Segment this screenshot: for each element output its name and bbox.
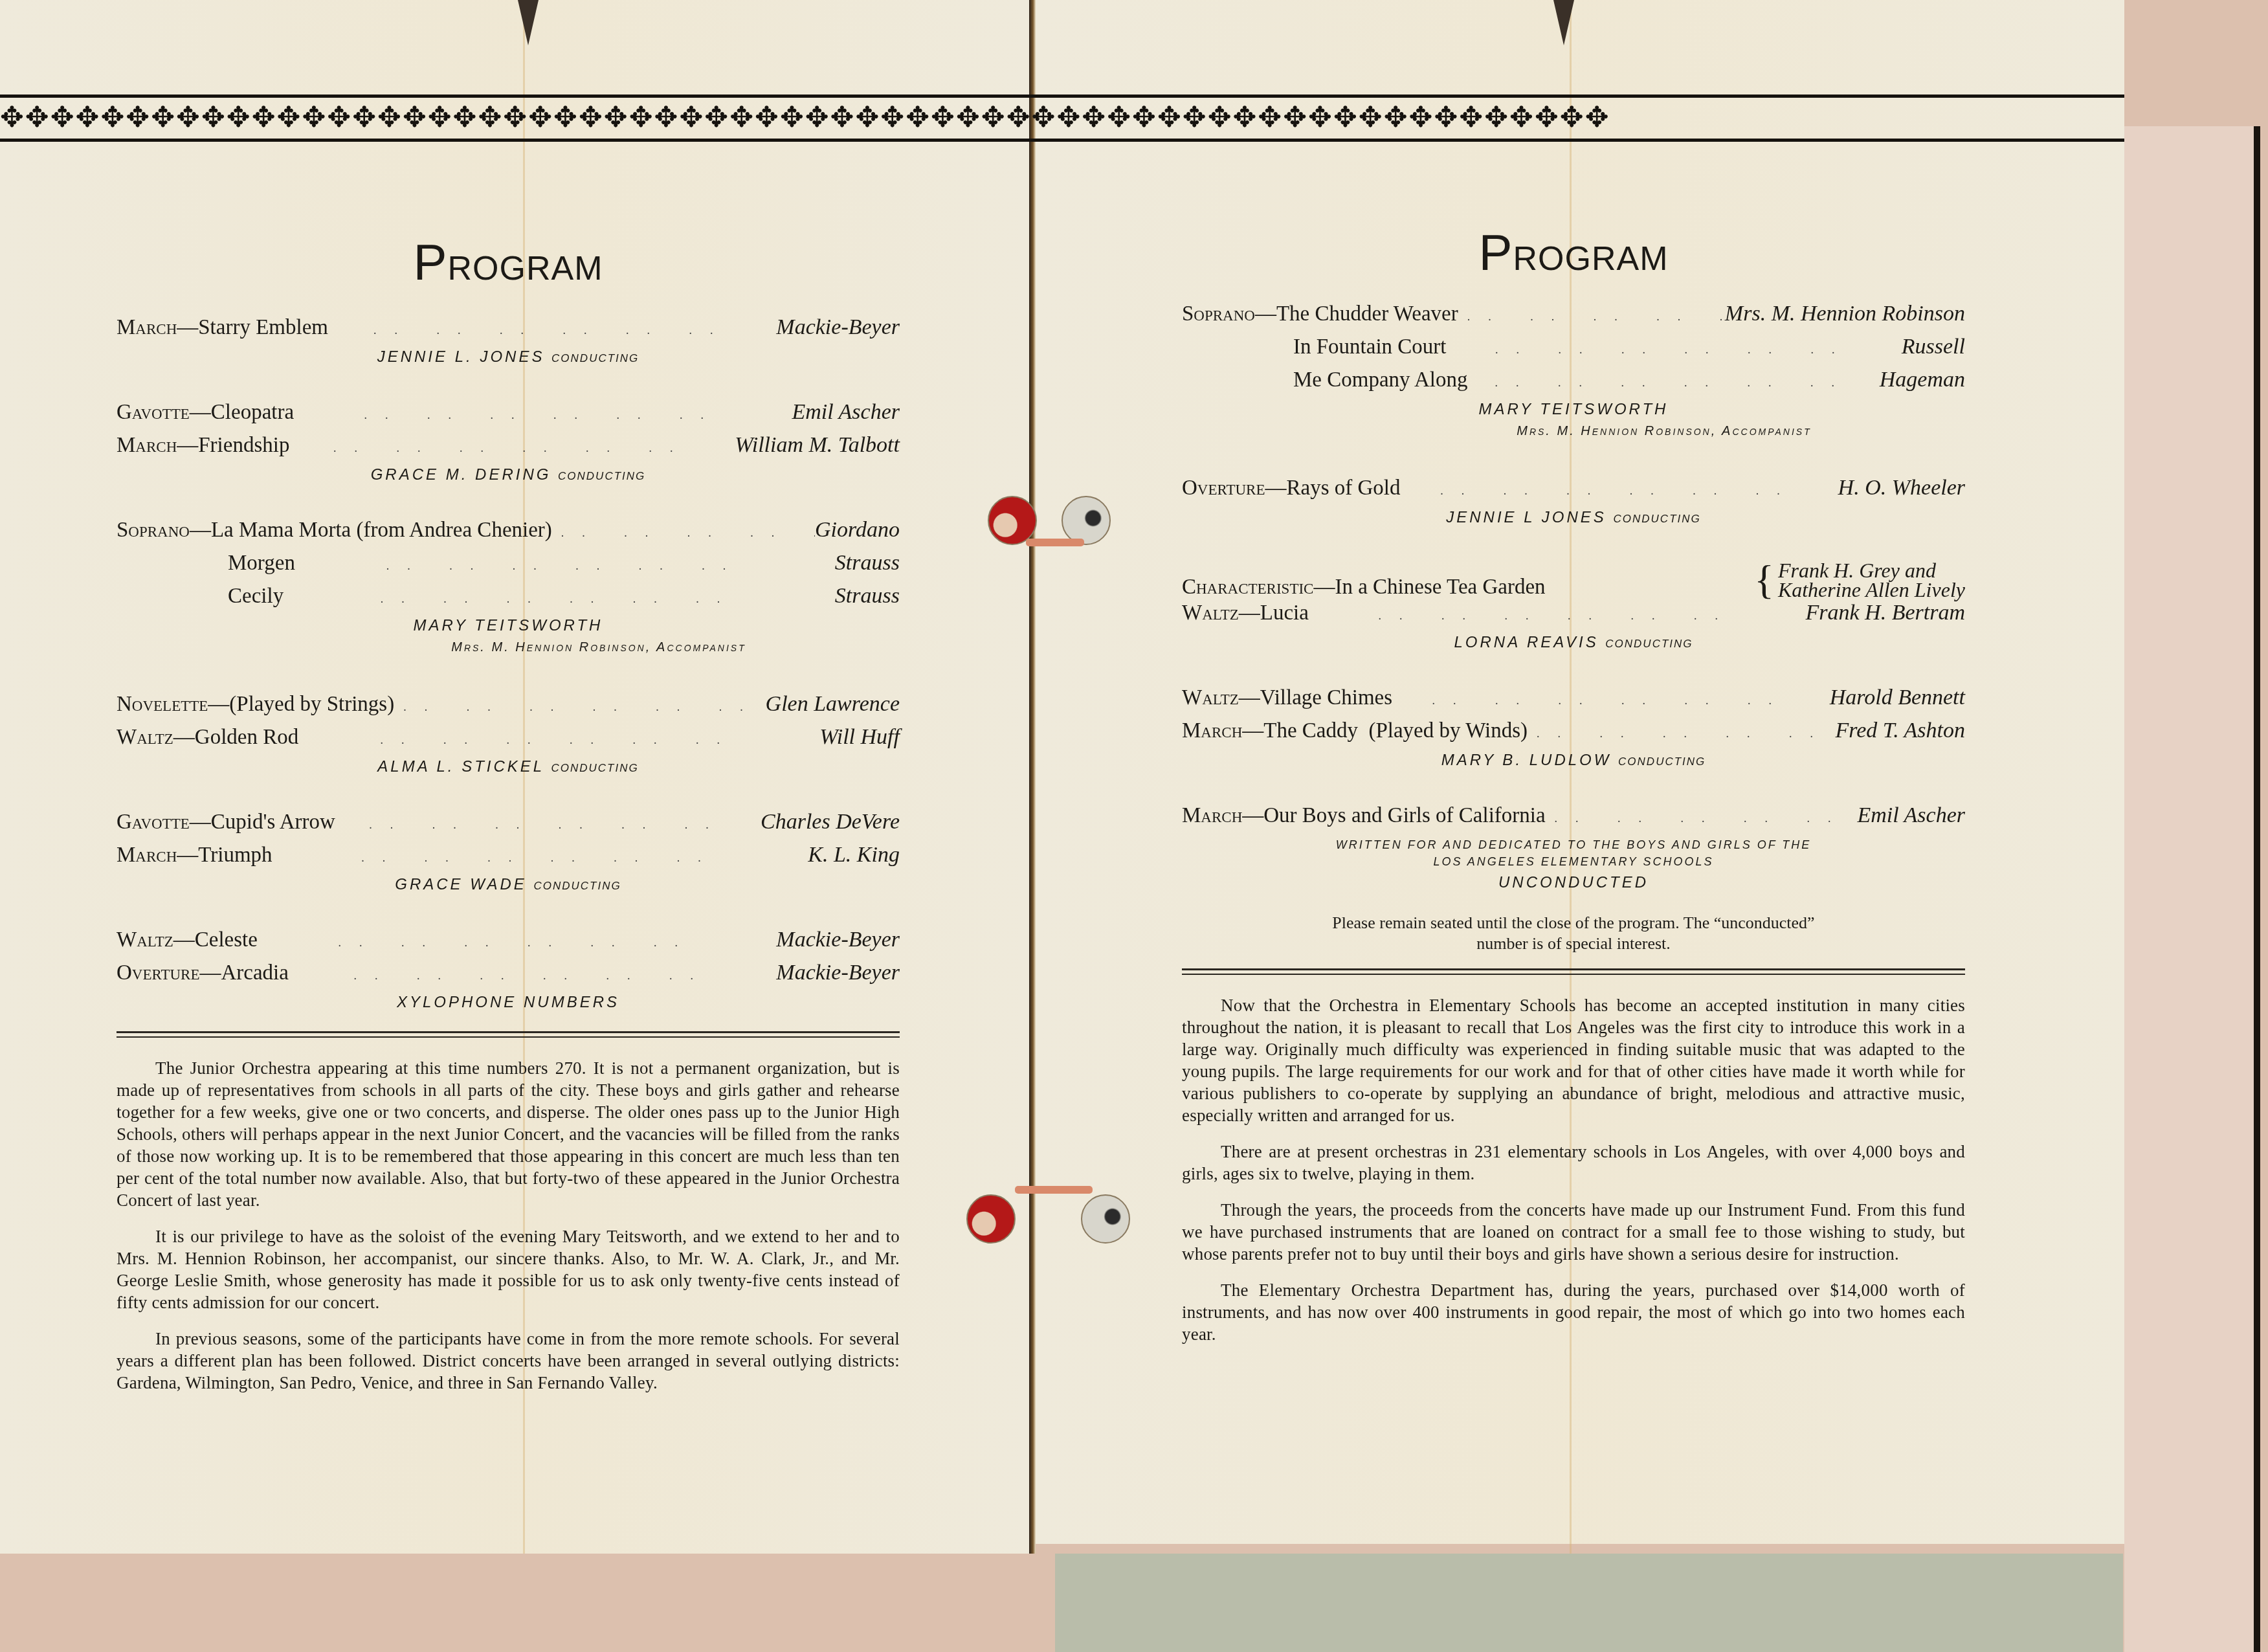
conductor-credit: ALMA L. STICKEL CONDUCTING [117,758,900,781]
program-entry: Waltz—Golden Rod .. .. .. .. .. .. Will … [117,725,900,758]
section-divider [1182,968,1965,975]
program-entry: In Fountain Court .. .. .. .. .. .. Russ… [1182,335,1965,368]
conductor-credit: GRACE M. DERING CONDUCTING [117,466,900,489]
seating-notice: Please remain seated until the close of … [1182,913,1965,954]
program-entry: March—Our Boys and Girls of California .… [1182,803,1965,836]
program-entry: Waltz—Village Chimes .. .. .. .. .. .. H… [1182,686,1965,719]
program-entry: March—Starry Emblem .. .. .. .. .. .. Ma… [117,315,900,348]
conductor-credit: JENNIE L JONES CONDUCTING [1182,509,1965,532]
brace-icon: { [1754,561,1774,599]
conductor-credit: JENNIE L. JONES CONDUCTING [117,348,900,372]
soloist-credit: MARY TEITSWORTH [1182,401,1965,424]
paragraph-instrument-fund: Through the years, the proceeds from the… [1182,1199,1965,1265]
border-rule-top [0,95,2124,98]
composer-brace-group: { Frank H. Grey and Katherine Allen Live… [1754,561,1965,599]
right-program: PROGRAM Soprano—The Chudder Weaver .. ..… [1182,223,1965,1359]
binding-hole-grey-bottom [1081,1194,1130,1244]
ornament-row-icon: ✥✥✥✥✥✥✥✥✥✥✥✥✥✥✥✥✥✥✥✥✥✥✥✥✥✥✥✥✥✥✥✥✥✥✥✥✥✥✥✥… [0,102,2124,134]
top-notch-right [1553,0,1574,45]
paragraph-department-purchases: The Elementary Orchestra Department has,… [1182,1279,1965,1345]
binding-hole-grey-top [1062,496,1111,545]
paragraph-junior-orchestra: The Junior Orchestra appearing at this t… [117,1057,900,1211]
program-entry: Overture—Arcadia .. .. .. .. .. .. Macki… [117,961,900,994]
program-entry: Soprano—La Mama Morta (from Andrea Cheni… [117,518,900,551]
right-program-title: PROGRAM [1182,223,1965,282]
program-entry: March—Friendship .. .. .. .. .. .. Willi… [117,433,900,466]
program-entry: Gavotte—Cleopatra .. .. .. .. .. .. Emil… [117,400,900,433]
binding-hole-red-bottom [966,1194,1016,1244]
conductor-credit: GRACE WADE CONDUCTING [117,876,900,899]
paragraph-soloist-thanks: It is our privilege to have as the soloi… [117,1225,900,1313]
background-green-sheet [1055,1554,2123,1652]
program-entry: Gavotte—Cupid's Arrow .. .. .. .. .. .. … [117,810,900,843]
section-divider [117,1031,900,1038]
program-entry: Waltz—Lucia .. .. .. .. .. .. Frank H. B… [1182,601,1965,634]
paragraph-present-orchestras: There are at present orchestras in 231 e… [1182,1141,1965,1185]
xylophone-credit: XYLOPHONE NUMBERS [117,994,900,1017]
program-entry: March—The Caddy (Played by Winds) .. .. … [1182,719,1965,752]
program-entry: Me Company Along .. .. .. .. .. .. Hagem… [1182,368,1965,401]
program-entry: Characteristic—In a Chinese Tea Garden {… [1182,561,1965,601]
program-entry: March—Triumph .. .. .. .. .. .. K. L. Ki… [117,843,900,876]
background-card [2124,126,2260,1652]
left-program-title: PROGRAM [117,233,900,292]
program-entry: Cecily .. .. .. .. .. .. Strauss [117,584,900,617]
spine [1029,0,1036,1554]
paragraph-elementary-orchestra: Now that the Orchestra in Elementary Sch… [1182,994,1965,1126]
top-notch-left [518,0,539,45]
program-entry: Overture—Rays of Gold .. .. .. .. .. .. … [1182,476,1965,509]
accompanist-credit: Mrs. M. Hennion Robinson, Accompanist [1182,424,1965,447]
binding-string-bottom [1015,1186,1093,1194]
program-entry: Morgen .. .. .. .. .. .. Strauss [117,551,900,584]
conductor-credit: MARY B. LUDLOW CONDUCTING [1182,752,1965,775]
left-program: PROGRAM March—Starry Emblem .. .. .. .. … [117,233,900,1408]
program-entry: Waltz—Celeste .. .. .. .. .. .. Mackie-B… [117,928,900,961]
ornamental-border: ✥✥✥✥✥✥✥✥✥✥✥✥✥✥✥✥✥✥✥✥✥✥✥✥✥✥✥✥✥✥✥✥✥✥✥✥✥✥✥✥… [0,91,2124,142]
binding-string-top [1026,539,1084,546]
paragraph-previous-seasons: In previous seasons, some of the partici… [117,1328,900,1394]
unconducted-credit: UNCONDUCTED [1182,874,1965,897]
program-entry: Novelette—(Played by Strings) .. .. .. .… [117,692,900,725]
soloist-credit: MARY TEITSWORTH [117,617,900,640]
accompanist-credit: Mrs. M. Hennion Robinson, Accompanist [117,640,900,664]
dedication-note: WRITTEN FOR AND DEDICATED TO THE BOYS AN… [1182,836,1965,870]
program-entry: Soprano—The Chudder Weaver .. .. .. .. .… [1182,302,1965,335]
binding-hole-red-top [988,496,1037,545]
conductor-credit: LORNA REAVIS CONDUCTING [1182,634,1965,657]
border-rule-bottom [0,139,2124,142]
